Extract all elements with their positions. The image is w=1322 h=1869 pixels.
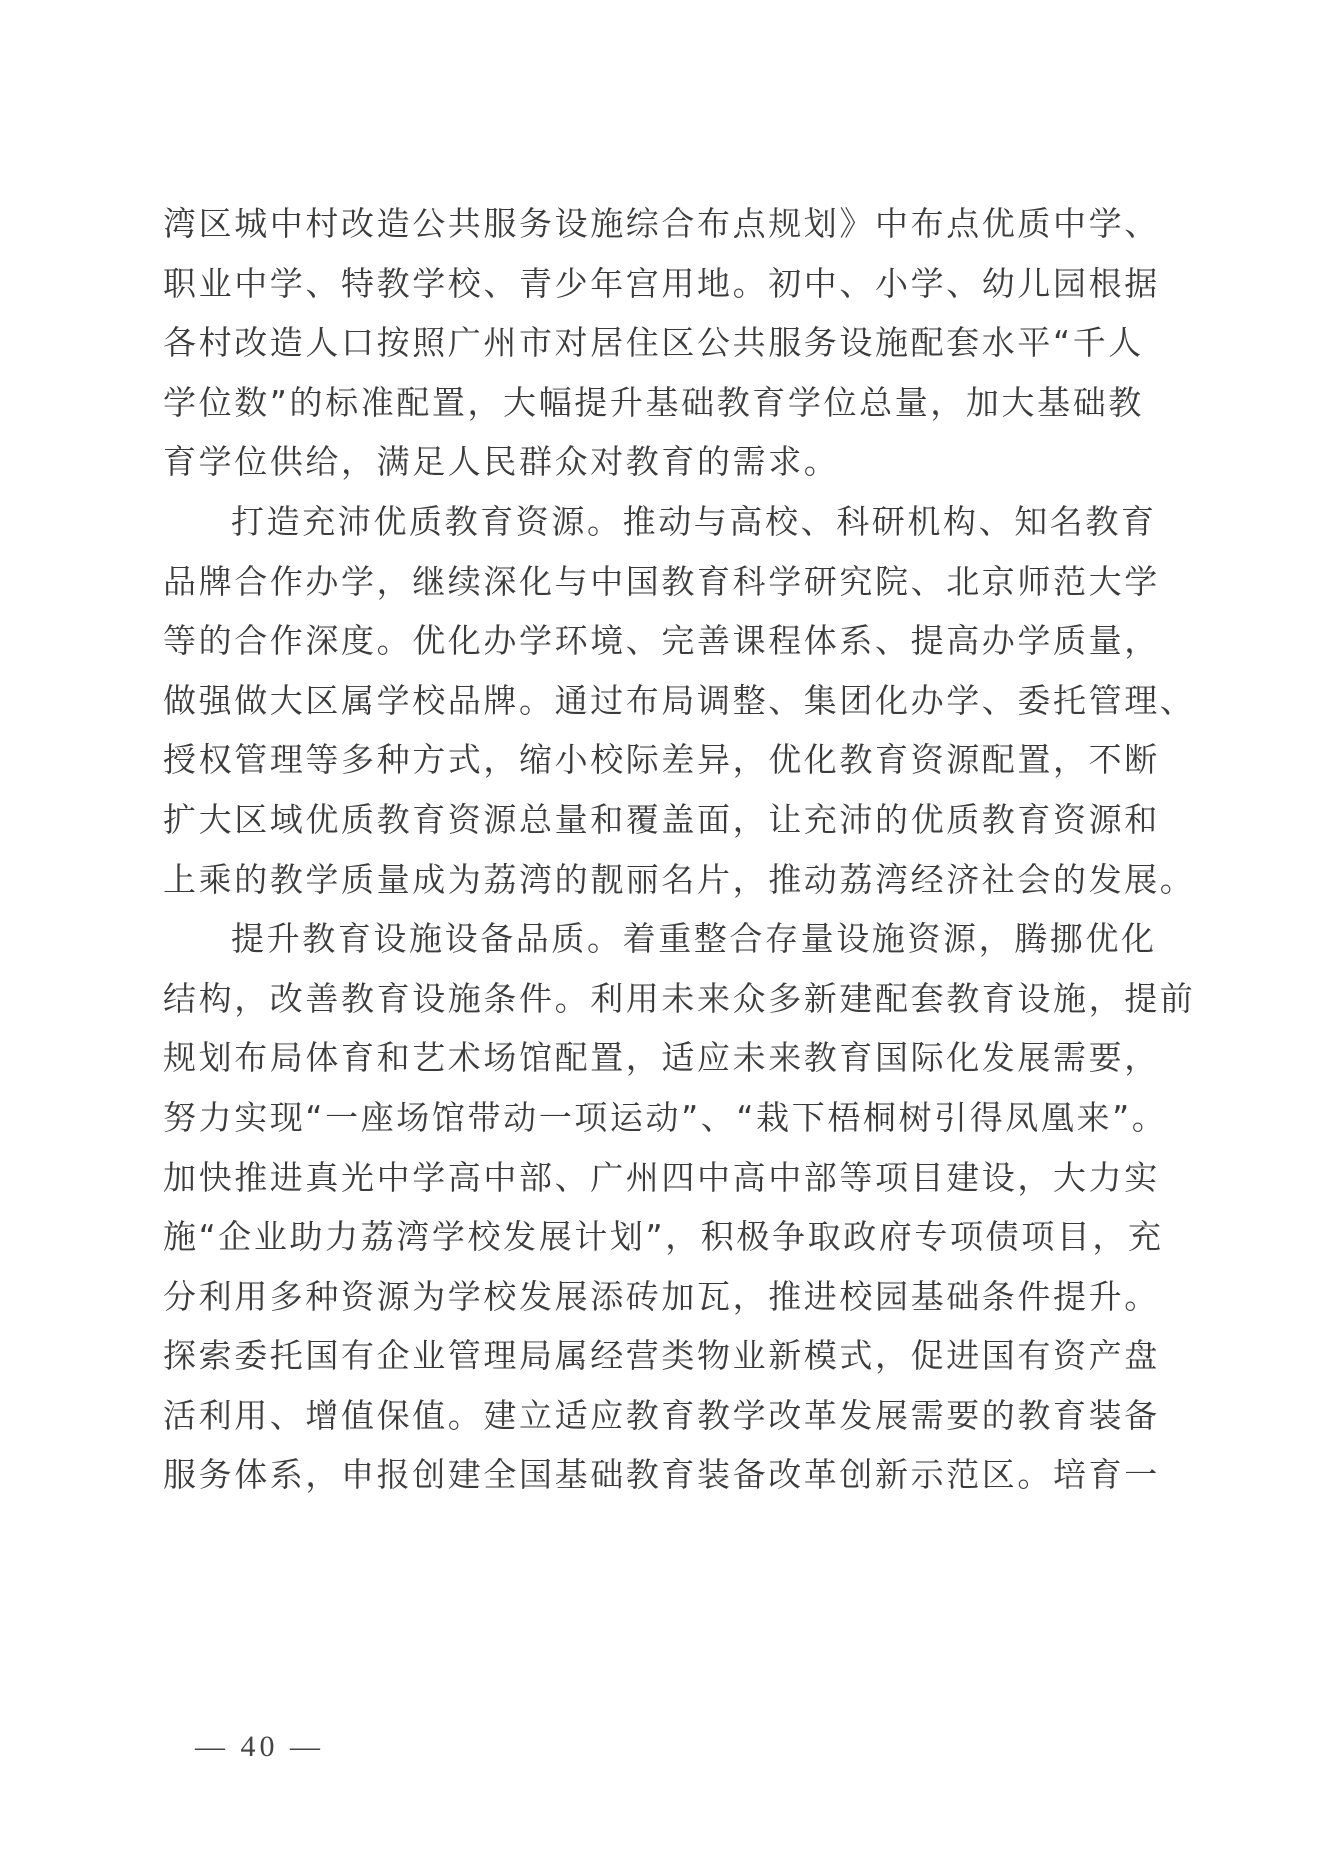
page-number: — 40 — (195, 1730, 324, 1764)
text-line: 各村改造人口按照广州市对居住区公共服务设施配套水平“千人 (163, 313, 1163, 373)
text-line: 学位数”的标准配置，大幅提升基础教育学位总量，加大基础教 (163, 373, 1163, 433)
text-line: 职业中学、特教学校、青少年宫用地。初中、小学、幼儿园根据 (163, 254, 1163, 314)
text-line: 授权管理等多种方式，缩小校际差异，优化教育资源配置，不断 (163, 730, 1163, 790)
text-line: 施“企业助力荔湾学校发展计划”，积极争取政府专项债项目，充 (163, 1207, 1163, 1267)
text-line: 湾区城中村改造公共服务设施综合布点规划》中布点优质中学、 (163, 194, 1163, 254)
text-line: 活利用、增值保值。建立适应教育教学改革发展需要的教育装备 (163, 1386, 1163, 1446)
text-line: 做强做大区属学校品牌。通过布局调整、集团化办学、委托管理、 (163, 671, 1163, 731)
document-page: 湾区城中村改造公共服务设施综合布点规划》中布点优质中学、 职业中学、特教学校、青… (0, 0, 1322, 1869)
body-text: 湾区城中村改造公共服务设施综合布点规划》中布点优质中学、 职业中学、特教学校、青… (163, 194, 1163, 1505)
text-line: 努力实现“一座场馆带动一项运动”、“栽下梧桐树引得凤凰来”。 (163, 1088, 1163, 1148)
text-line: 扩大区域优质教育资源总量和覆盖面，让充沛的优质教育资源和 (163, 790, 1163, 850)
text-line: 服务体系，申报创建全国基础教育装备改革创新示范区。培育一 (163, 1445, 1163, 1505)
text-line: 加快推进真光中学高中部、广州四中高中部等项目建设，大力实 (163, 1148, 1163, 1208)
text-line: 规划布局体育和艺术场馆配置，适应未来教育国际化发展需要， (163, 1028, 1163, 1088)
text-line: 育学位供给，满足人民群众对教育的需求。 (163, 432, 1163, 492)
text-line: 等的合作深度。优化办学环境、完善课程体系、提高办学质量， (163, 611, 1163, 671)
text-line: 品牌合作办学，继续深化与中国教育科学研究院、北京师范大学 (163, 552, 1163, 612)
text-line: 结构，改善教育设施条件。利用未来众多新建配套教育设施，提前 (163, 969, 1163, 1029)
paragraph-heading-line: 打造充沛优质教育资源。推动与高校、科研机构、知名教育 (163, 492, 1163, 552)
paragraph-heading-line: 提升教育设施设备品质。着重整合存量设施资源，腾挪优化 (163, 909, 1163, 969)
text-line: 上乘的教学质量成为荔湾的靓丽名片，推动荔湾经济社会的发展。 (163, 850, 1163, 910)
text-line: 探索委托国有企业管理局属经营类物业新模式，促进国有资产盘 (163, 1326, 1163, 1386)
text-line: 分利用多种资源为学校发展添砖加瓦，推进校园基础条件提升。 (163, 1267, 1163, 1327)
